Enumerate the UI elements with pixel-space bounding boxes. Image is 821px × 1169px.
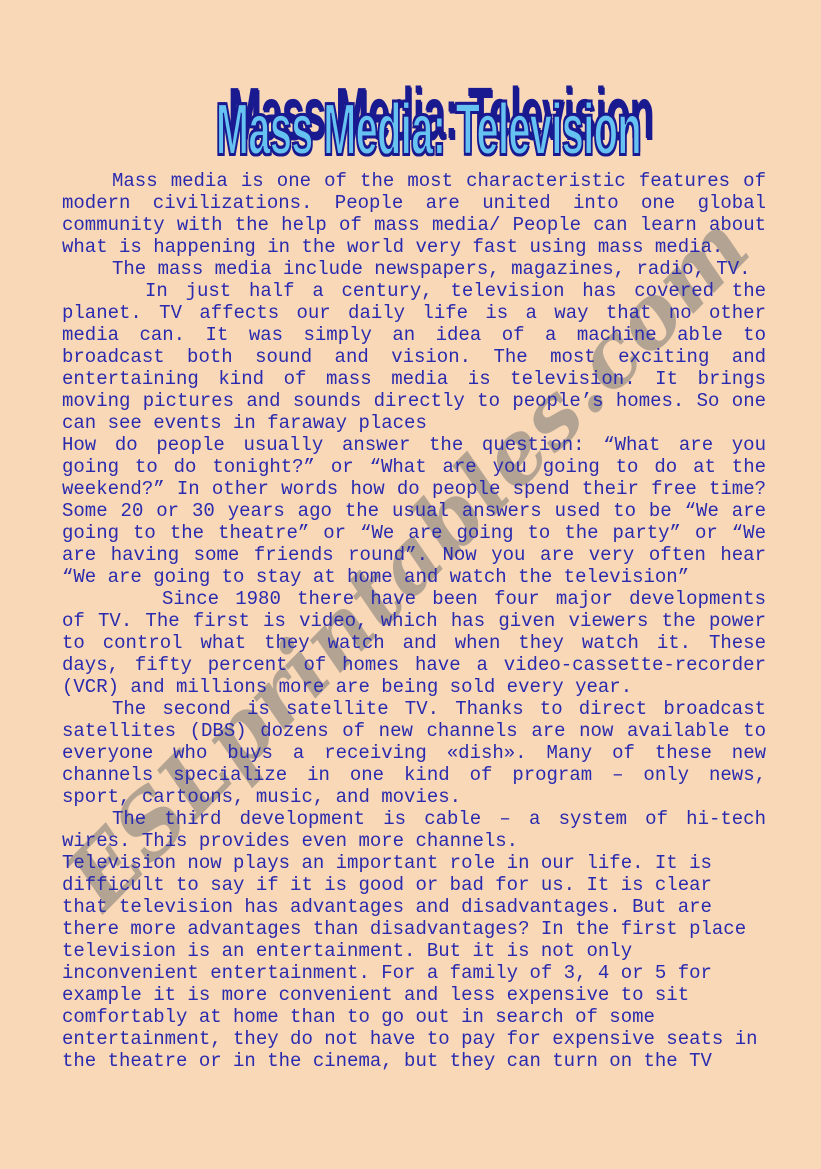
worksheet-page: ESLprintables.com Mass Media: Television… xyxy=(0,0,821,1169)
page-title: Mass Media: Television xyxy=(0,88,821,172)
paragraph-developments-video: Since 1980 there have been four major de… xyxy=(62,588,766,698)
paragraph-satellite: The second is satellite TV. Thanks to di… xyxy=(62,698,766,808)
body-text: Mass media is one of the most characteri… xyxy=(62,170,766,1072)
paragraph-intro: Mass media is one of the most characteri… xyxy=(62,170,766,258)
paragraph-media-list: The mass media include newspapers, magaz… xyxy=(62,258,766,280)
paragraph-cable: The third development is cable – a syste… xyxy=(62,808,766,852)
paragraph-free-time: How do people usually answer the questio… xyxy=(62,434,766,588)
page-title-text: Mass Media: Television xyxy=(216,88,641,172)
paragraph-half-century: In just half a century, television has c… xyxy=(62,280,766,434)
paragraph-advantages: Television now plays an important role i… xyxy=(62,852,766,1072)
